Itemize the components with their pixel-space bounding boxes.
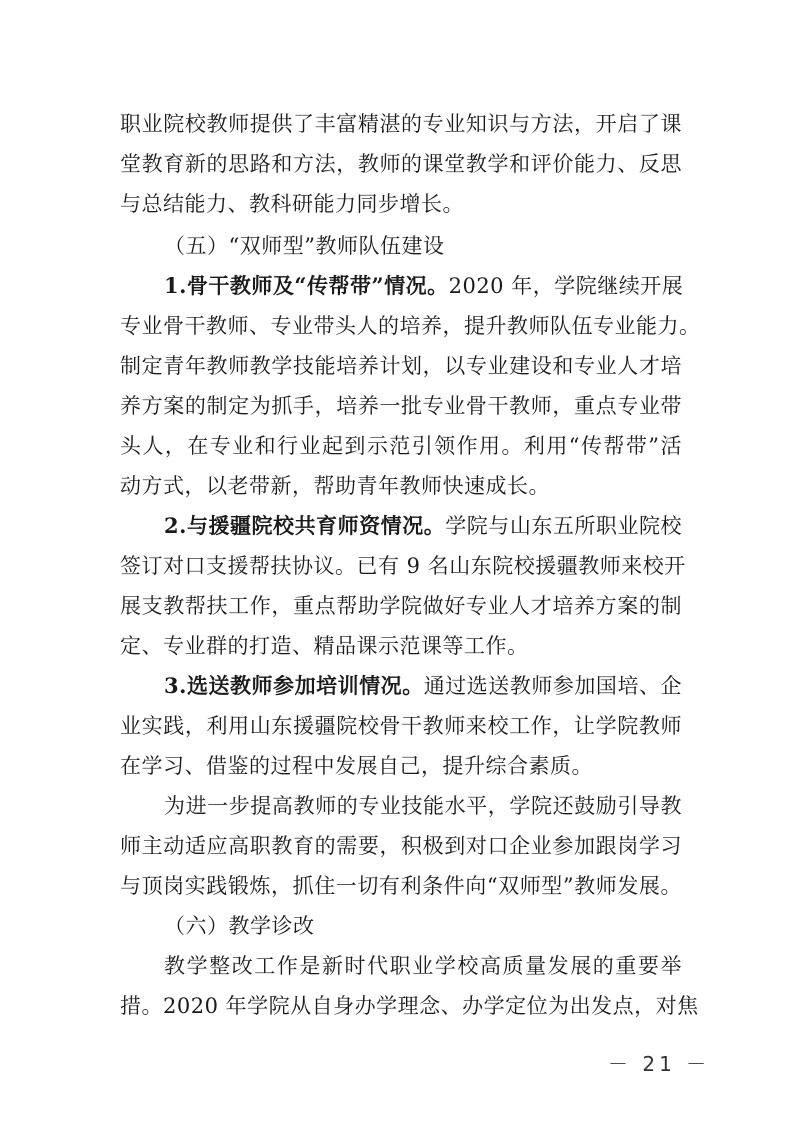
text-line: 展支教帮扶工作，重点帮助学院做好专业人才培养方案的制	[120, 586, 682, 626]
section-heading-teaching-diagnosis: （六）教学诊改	[120, 906, 682, 946]
item-text: 学院与山东五所职业院校	[445, 514, 682, 538]
text-line: 养方案的制定为抓手，培养一批专业骨干教师，重点专业带	[120, 386, 682, 426]
text-line: 2.与援疆院校共育师资情况。学院与山东五所职业院校	[120, 506, 682, 546]
numbered-item-1: 1.骨干教师及“传帮带”情况。2020 年，学院继续开展 专业骨干教师、专业带头…	[120, 266, 682, 506]
text-line: 为进一步提高教师的专业技能水平，学院还鼓励引导教	[120, 786, 682, 826]
text-line: 头人，在专业和行业起到示范引领作用。利用“传帮带”活	[120, 426, 682, 466]
text-line: 职业院校教师提供了丰富精湛的专业知识与方法，开启了课	[120, 104, 682, 144]
item-lead: 3.选送教师参加培训情况。	[164, 673, 424, 698]
text-line: 3.选送教师参加培训情况。通过选送教师参加国培、企	[120, 666, 682, 706]
text-line: 专业骨干教师、专业带头人的培养，提升教师队伍专业能力。	[120, 306, 682, 346]
document-page-body: 职业院校教师提供了丰富精湛的专业知识与方法，开启了课 堂教育新的思路和方法，教师…	[120, 104, 682, 1026]
item-text: 通过选送教师参加国培、企	[424, 674, 682, 698]
text-line: 签订对口支援帮扶协议。已有 9 名山东院校援疆教师来校开	[120, 546, 682, 586]
page-number: － 21 －	[608, 1048, 710, 1077]
text-line: 措。2020 年学院从自身办学理念、办学定位为出发点，对焦	[120, 986, 682, 1026]
text-line: 堂教育新的思路和方法，教师的课堂教学和评价能力、反思	[120, 144, 682, 184]
text-line: 教学整改工作是新时代职业学校高质量发展的重要举	[120, 946, 682, 986]
item-lead: 1.骨干教师及“传帮带”情况。	[164, 273, 449, 298]
text-line: 1.骨干教师及“传帮带”情况。2020 年，学院继续开展	[120, 266, 682, 306]
numbered-item-3: 3.选送教师参加培训情况。通过选送教师参加国培、企 业实践，利用山东援疆院校骨干…	[120, 666, 682, 786]
text-line: 师主动适应高职教育的需要，积极到对口企业参加跟岗学习	[120, 826, 682, 866]
paragraph-continued: 职业院校教师提供了丰富精湛的专业知识与方法，开启了课 堂教育新的思路和方法，教师…	[120, 104, 682, 224]
text-line: 业实践，利用山东援疆院校骨干教师来校工作，让学院教师	[120, 706, 682, 746]
text-line: 在学习、借鉴的过程中发展自己，提升综合素质。	[120, 746, 682, 786]
text-line: 动方式，以老带新，帮助青年教师快速成长。	[120, 466, 682, 506]
text-line: 定、专业群的打造、精品课示范课等工作。	[120, 626, 682, 666]
numbered-item-2: 2.与援疆院校共育师资情况。学院与山东五所职业院校 签订对口支援帮扶协议。已有 …	[120, 506, 682, 666]
section-heading-dual-teacher: （五）“双师型”教师队伍建设	[120, 226, 682, 266]
text-line: 与顶岗实践锻炼，抓住一切有利条件向“双师型”教师发展。	[120, 866, 682, 906]
text-line: 制定青年教师教学技能培养计划，以专业建设和专业人才培	[120, 346, 682, 386]
item-lead: 2.与援疆院校共育师资情况。	[164, 513, 445, 538]
item-text: 2020 年，学院继续开展	[449, 274, 684, 298]
paragraph-body: 教学整改工作是新时代职业学校高质量发展的重要举 措。2020 年学院从自身办学理…	[120, 946, 682, 1026]
text-line: 与总结能力、教科研能力同步增长。	[120, 184, 682, 224]
paragraph-body: 为进一步提高教师的专业技能水平，学院还鼓励引导教 师主动适应高职教育的需要，积极…	[120, 786, 682, 906]
